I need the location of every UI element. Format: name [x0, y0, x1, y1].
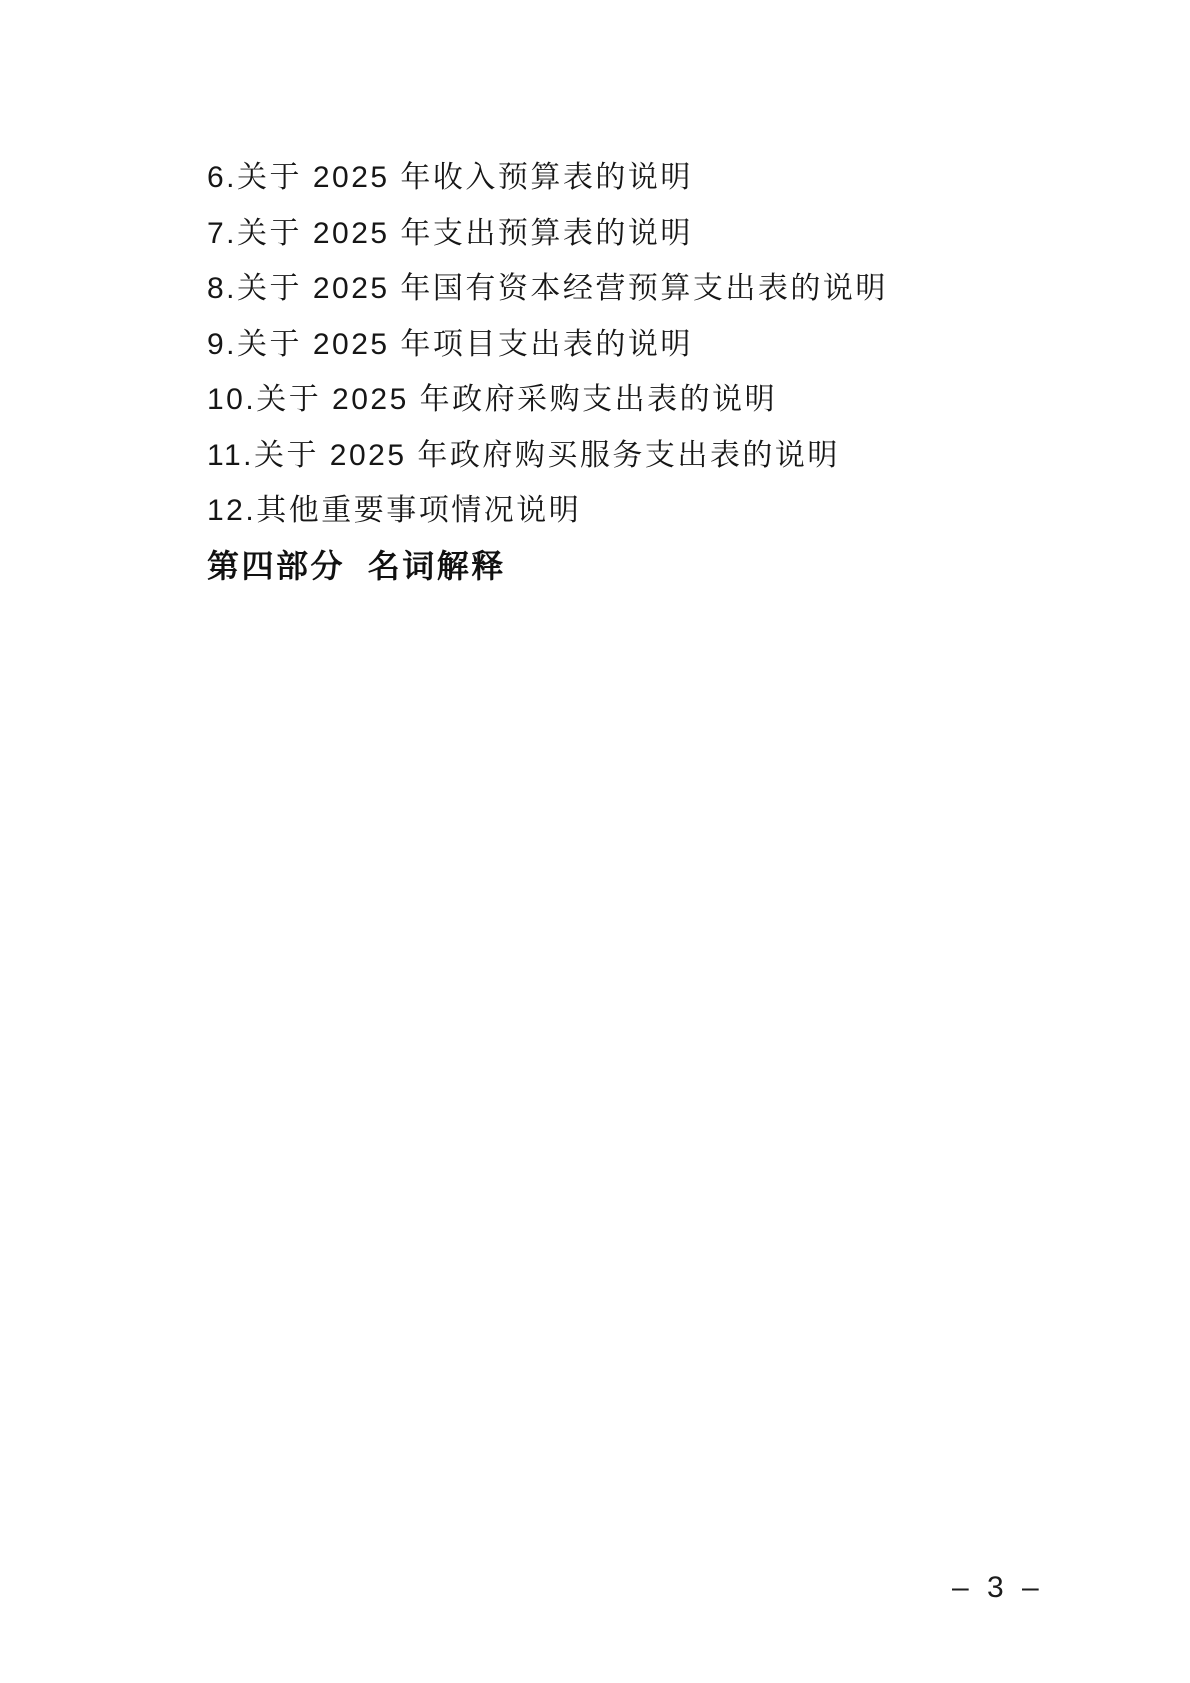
toc-item-11: 11.关于 2025 年政府购买服务支出表的说明 [207, 428, 1070, 484]
toc-item-12: 12.其他重要事项情况说明 [207, 483, 1070, 539]
document-page: 6.关于 2025 年收入预算表的说明 7.关于 2025 年支出预算表的说明 … [0, 0, 1190, 1683]
toc-item-6: 6.关于 2025 年收入预算表的说明 [207, 150, 1070, 206]
page-number: – 3 – [952, 1570, 1044, 1605]
table-of-contents: 6.关于 2025 年收入预算表的说明 7.关于 2025 年支出预算表的说明 … [207, 150, 1070, 594]
section-heading-part-four: 第四部分 名词解释 [207, 539, 1070, 595]
toc-item-8: 8.关于 2025 年国有资本经营预算支出表的说明 [207, 261, 1070, 317]
toc-item-9: 9.关于 2025 年项目支出表的说明 [207, 317, 1070, 373]
toc-item-7: 7.关于 2025 年支出预算表的说明 [207, 206, 1070, 262]
toc-item-10: 10.关于 2025 年政府采购支出表的说明 [207, 372, 1070, 428]
